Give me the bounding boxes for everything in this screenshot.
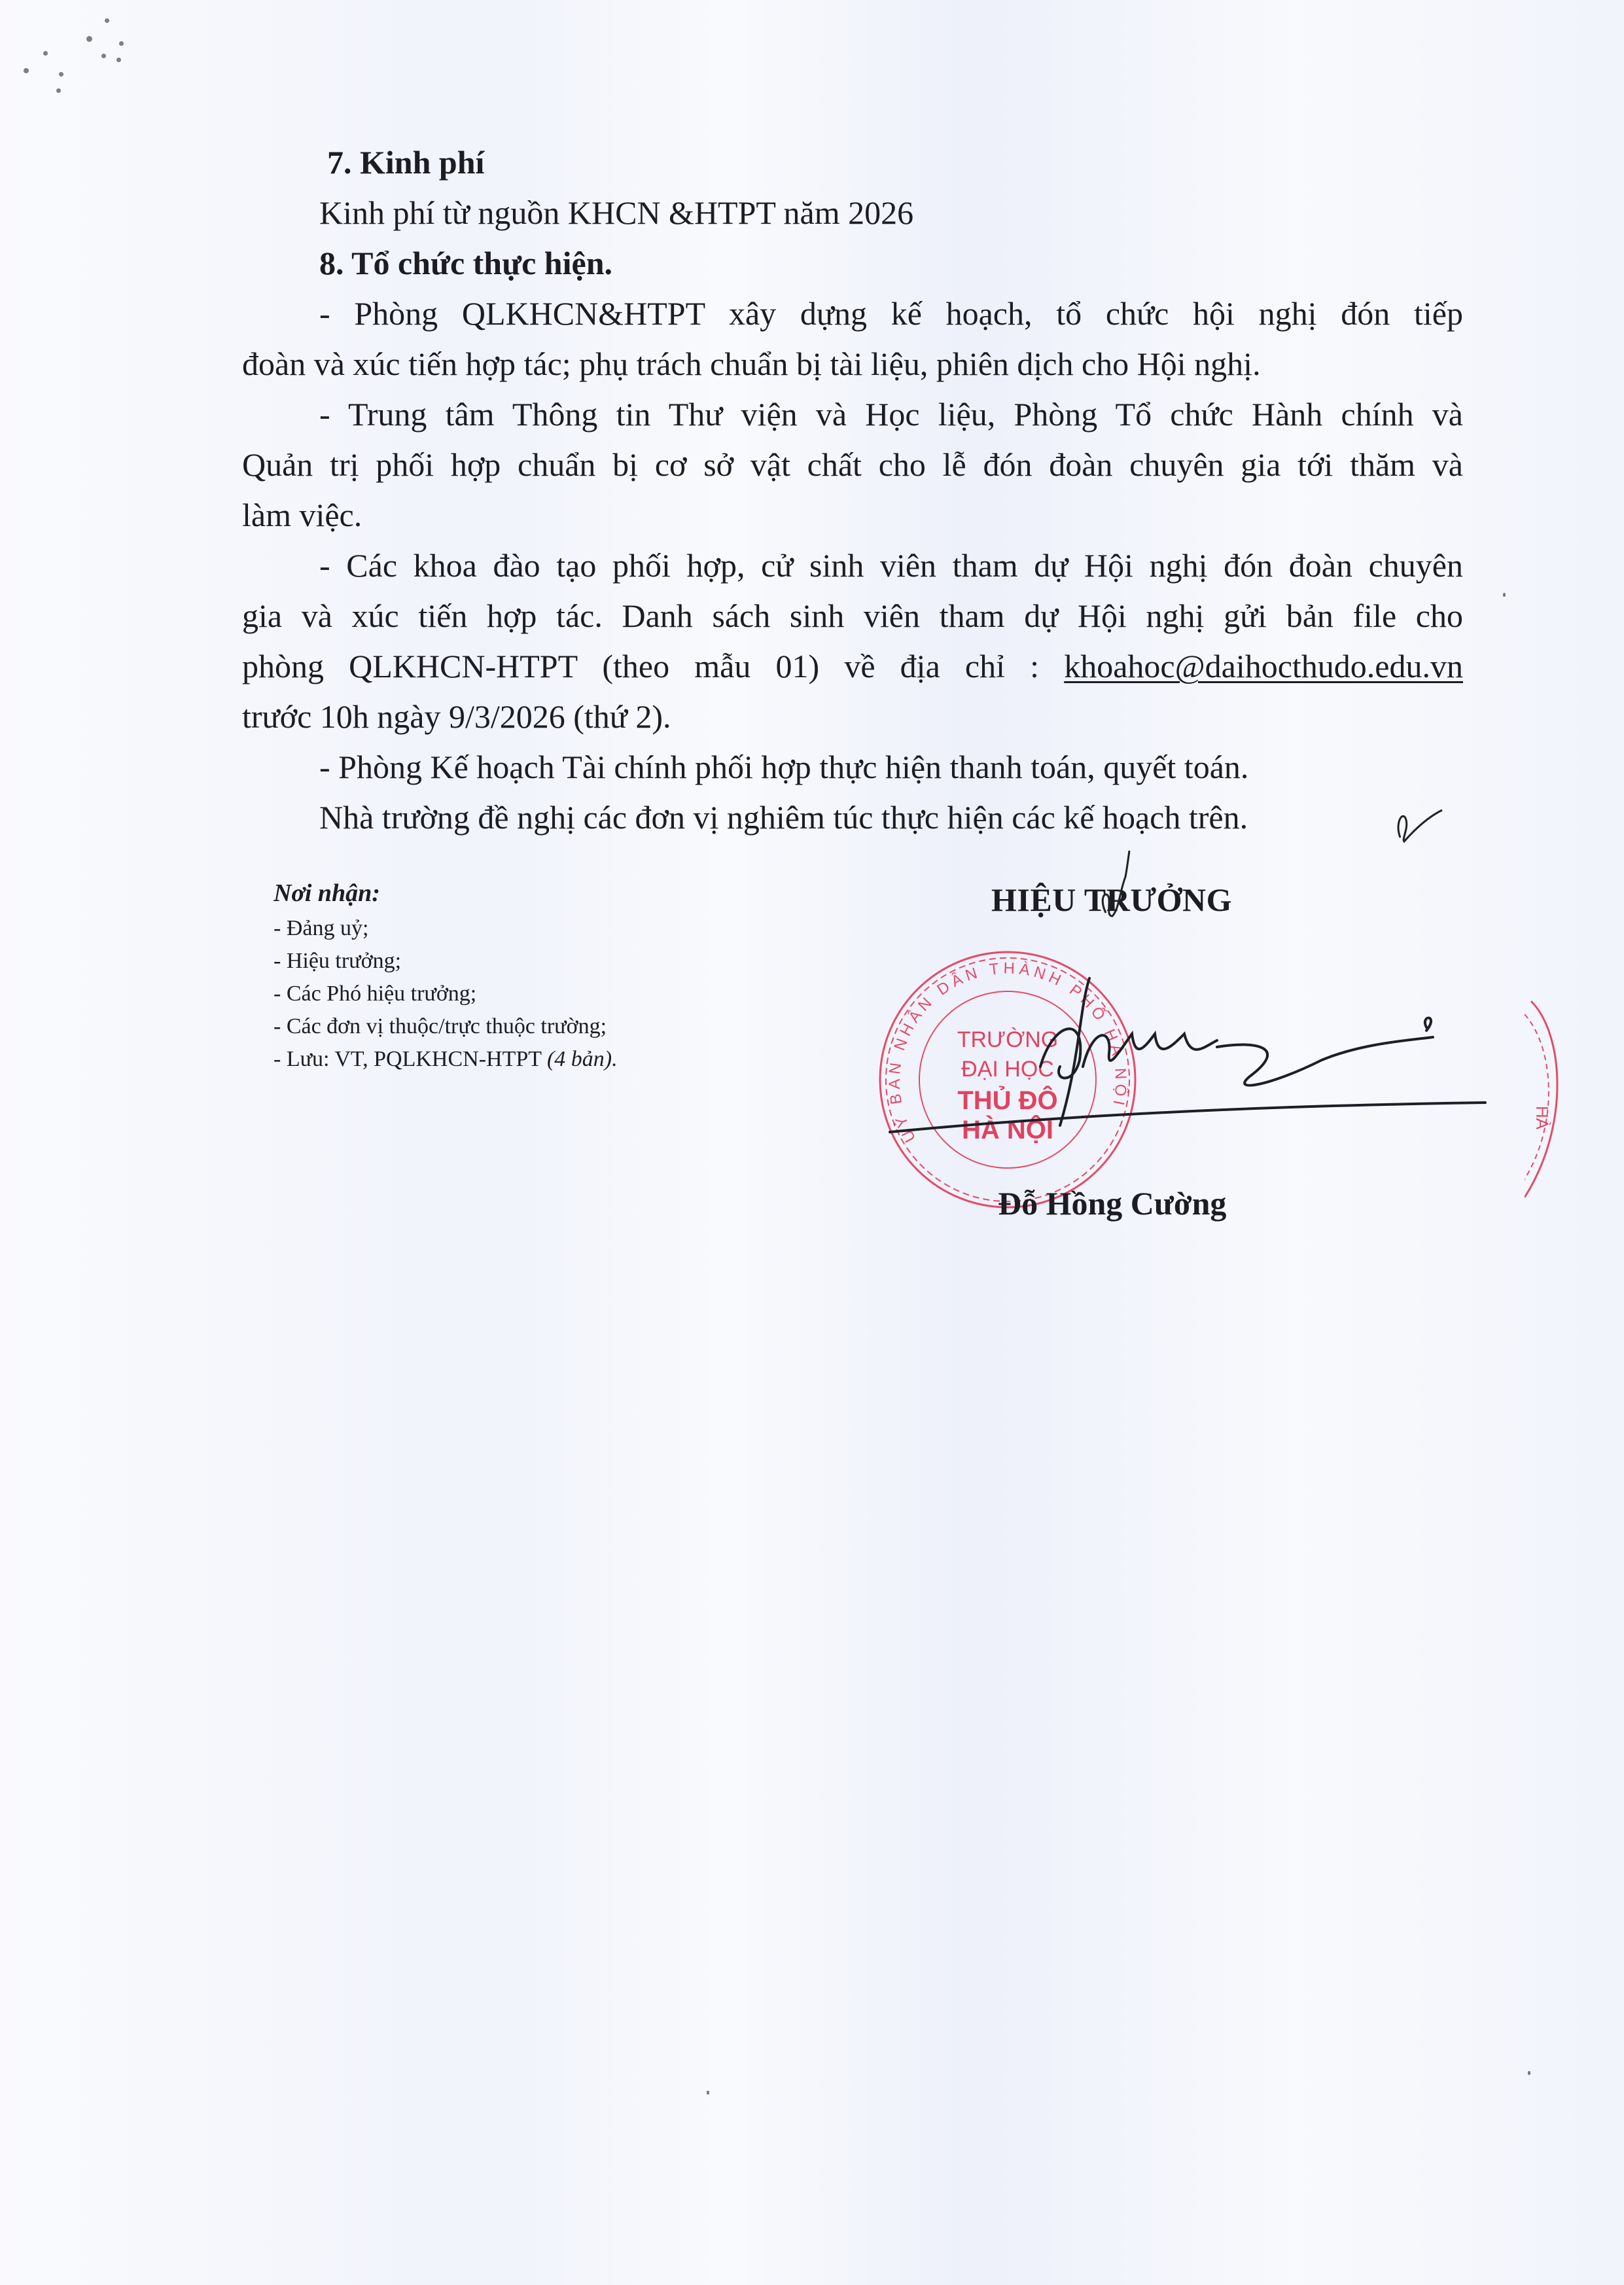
recipient-item: - Hiệu trưởng;	[274, 945, 618, 978]
item-research-office: - Phòng QLKHCN&HTPT xây dựng kế hoạch, t…	[242, 289, 1463, 389]
official-stamp-icon: UỶ BAN NHÂN DÂN THÀNH PHỐ HÀ NỘI TRƯỜNG …	[870, 942, 1145, 1217]
svg-text:THỦ ĐÔ: THỦ ĐÔ	[957, 1085, 1057, 1115]
scan-dot	[1528, 2071, 1530, 2075]
partial-stamp-edge-icon: HÀ	[1525, 995, 1624, 1204]
recipient-item: - Lưu: VT, PQLKHCN-HTPT (4 bản).	[274, 1043, 618, 1076]
section-7-heading: 7. Kinh phí	[242, 137, 1463, 188]
svg-text:HÀ: HÀ	[1532, 1106, 1552, 1130]
recipient-item: - Đảng uỷ;	[274, 912, 618, 945]
item-library-admin: - Trung tâm Thông tin Thư viện và Học li…	[242, 389, 1463, 540]
recipients-title: Nơi nhận:	[274, 877, 618, 910]
signer-name: Đỗ Hồng Cường	[998, 1184, 1226, 1222]
scan-specks	[0, 0, 196, 131]
svg-text:TRƯỜNG: TRƯỜNG	[957, 1027, 1059, 1052]
email-link[interactable]: khoahoc@daihocthudo.edu.vn	[1064, 648, 1463, 684]
section-7-text: Kinh phí từ nguồn KHCN &HTPT năm 2026	[242, 188, 1463, 238]
recipients-block: Nơi nhận: - Đảng uỷ; - Hiệu trưởng; - Cá…	[274, 877, 618, 1076]
closing-statement: Nhà trường đề nghị các đơn vị nghiêm túc…	[242, 792, 1463, 843]
item-faculties: - Các khoa đào tạo phối hợp, cử sinh viê…	[242, 540, 1463, 742]
signature-title: HIỆU TRƯỞNG	[991, 881, 1232, 919]
recipient-item: - Các đơn vị thuộc/trực thuộc trường;	[274, 1010, 618, 1043]
item-finance-office: - Phòng Kế hoạch Tài chính phối hợp thực…	[242, 742, 1463, 792]
recipient-item: - Các Phó hiệu trưởng;	[274, 978, 618, 1010]
svg-text:ĐẠI HỌC: ĐẠI HỌC	[961, 1057, 1054, 1082]
scan-dot	[1503, 593, 1506, 597]
document-body: 7. Kinh phí Kinh phí từ nguồn KHCN &HTPT…	[242, 137, 1463, 843]
initial-mark-icon	[1387, 798, 1446, 851]
section-8-heading: 8. Tổ chức thực hiện.	[242, 238, 1463, 289]
svg-text:HÀ NỘI: HÀ NỘI	[962, 1114, 1053, 1144]
scan-dot	[707, 2091, 709, 2095]
